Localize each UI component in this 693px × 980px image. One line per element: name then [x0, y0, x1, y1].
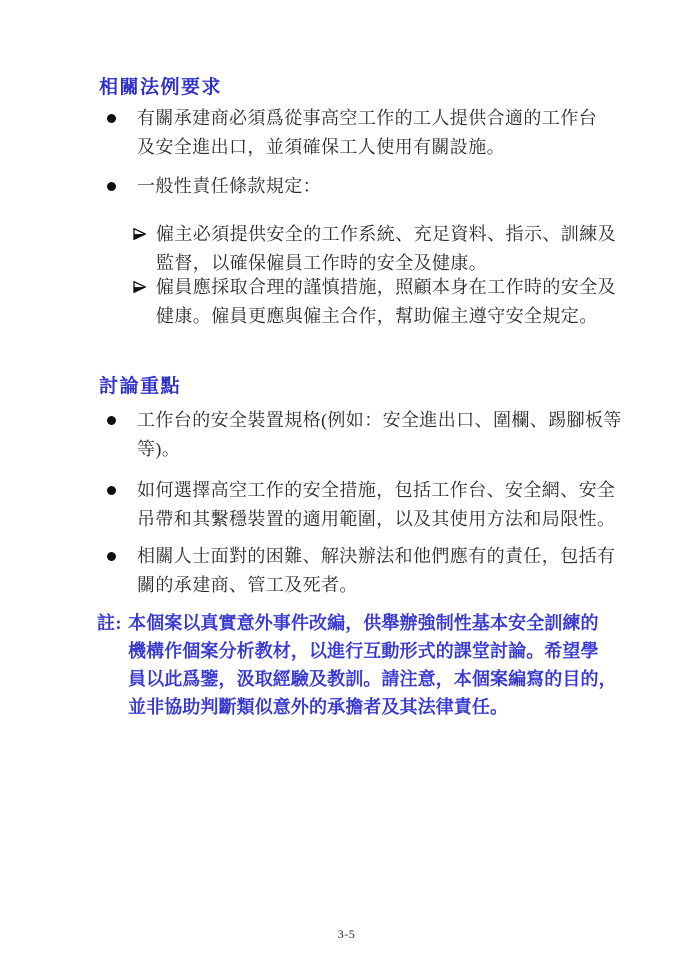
bullet-item: 如何選擇高空工作的安全措施，包括工作台、安全網、安全 吊帶和其繫穩裝置的適用範圍…: [107, 476, 601, 534]
bullet-dot-icon: [107, 552, 116, 561]
arrowhead-bullet-icon: [133, 281, 146, 293]
section-discussion-title: 討論重點: [99, 371, 181, 398]
arrowhead-bullet-icon: [133, 228, 146, 240]
text-line: 等)。: [137, 435, 601, 464]
bullet-item: 有關承建商必須爲從事高空工作的工人提供合適的工作台 及安全進出口，並須確保工人使…: [107, 104, 601, 162]
note-line: 本個案以真實意外事件改編，供舉辦強制性基本安全訓練的: [128, 609, 606, 637]
bullet-dot-icon: [107, 114, 116, 123]
bullet-dot-icon: [107, 182, 116, 191]
text-line: 關的承建商、管工及死者。: [137, 571, 601, 600]
text-line: 吊帶和其繫穩裝置的適用範圍，以及其使用方法和局限性。: [137, 505, 601, 534]
bullet-dot-icon: [107, 486, 116, 495]
text-line: 工作台的安全裝置規格(例如：安全進出口、圍欄、踢腳板等: [137, 406, 601, 435]
note-line: 機構作個案分析教材，以進行互動形式的課堂討論。希望學: [128, 637, 606, 665]
bullet-item: 相關人士面對的困難、解決辦法和他們應有的責任，包括有 關的承建商、管工及死者。: [107, 542, 601, 600]
text-line: 如何選擇高空工作的安全措施，包括工作台、安全網、安全: [137, 476, 601, 505]
text-line: 相關人士面對的困難、解決辦法和他們應有的責任，包括有: [137, 542, 601, 571]
note-block: 註: 本個案以真實意外事件改編，供舉辦強制性基本安全訓練的 機構作個案分析教材，…: [97, 609, 606, 721]
document-page: 相關法例要求 有關承建商必須爲從事高空工作的工人提供合適的工作台 及安全進出口，…: [0, 0, 693, 980]
section-legal-title: 相關法例要求: [99, 72, 222, 99]
note-line: 員以此爲鑒，汲取經驗及教訓。請注意，本個案編寫的目的，: [128, 665, 606, 693]
footer-page-number: 3-5: [0, 927, 693, 942]
text-line: 及安全進出口，並須確保工人使用有關設施。: [137, 133, 601, 162]
bullet-dot-icon: [107, 416, 116, 425]
bullet-item: 一般性責任條款規定：: [107, 172, 601, 201]
note-line: 並非協助判斷類似意外的承擔者及其法律責任。: [128, 693, 606, 721]
text-line: 僱主必須提供安全的工作系統、充足資料、指示、訓練及: [156, 220, 602, 249]
text-line: 健康。僱員更應與僱主合作，幫助僱主遵守安全規定。: [156, 302, 602, 331]
text-line: 僱員應採取合理的謹慎措施，照顧本身在工作時的安全及: [156, 273, 602, 302]
sub-bullet-item: 僱員應採取合理的謹慎措施，照顧本身在工作時的安全及 健康。僱員更應與僱主合作，幫…: [133, 273, 602, 331]
note-label: 註:: [97, 609, 128, 721]
text-line: 一般性責任條款規定：: [137, 172, 601, 201]
text-line: 有關承建商必須爲從事高空工作的工人提供合適的工作台: [137, 104, 601, 133]
bullet-item: 工作台的安全裝置規格(例如：安全進出口、圍欄、踢腳板等 等)。: [107, 406, 601, 464]
sub-bullet-item: 僱主必須提供安全的工作系統、充足資料、指示、訓練及 監督，以確保僱員工作時的安全…: [133, 220, 602, 278]
